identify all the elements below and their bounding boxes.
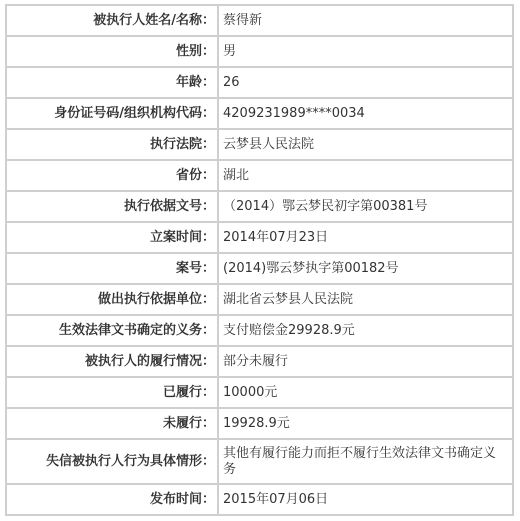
row-name: 被执行人姓名/名称： 蔡得新	[6, 5, 513, 36]
value-performed: 10000元	[218, 377, 513, 408]
row-performance-status: 被执行人的履行情况： 部分未履行	[6, 346, 513, 377]
value-basis-document-number: （2014）鄂云梦民初字第00381号	[218, 191, 513, 222]
value-age: 26	[218, 67, 513, 98]
label-age: 年龄：	[6, 67, 218, 98]
value-publish-date: 2015年07月06日	[218, 484, 513, 515]
row-executing-court: 执行法院： 云梦县人民法院	[6, 129, 513, 160]
value-obligation: 支付赔偿金29928.9元	[218, 315, 513, 346]
value-issuing-unit: 湖北省云梦县人民法院	[218, 284, 513, 315]
label-executing-court: 执行法院：	[6, 129, 218, 160]
dishonest-debtor-info-table: 被执行人姓名/名称： 蔡得新 性别： 男 年龄： 26 身份证号码/组织机构代码…	[5, 4, 514, 516]
label-basis-document-number: 执行依据文号：	[6, 191, 218, 222]
row-age: 年龄： 26	[6, 67, 513, 98]
value-gender: 男	[218, 36, 513, 67]
row-issuing-unit: 做出执行依据单位： 湖北省云梦县人民法院	[6, 284, 513, 315]
value-case-number: (2014)鄂云梦执字第00182号	[218, 253, 513, 284]
row-filing-date: 立案时间： 2014年07月23日	[6, 222, 513, 253]
label-performance-status: 被执行人的履行情况：	[6, 346, 218, 377]
value-dishonest-behavior: 其他有履行能力而拒不履行生效法律文书确定义务	[218, 439, 513, 484]
label-case-number: 案号：	[6, 253, 218, 284]
label-issuing-unit: 做出执行依据单位：	[6, 284, 218, 315]
row-basis-document-number: 执行依据文号： （2014）鄂云梦民初字第00381号	[6, 191, 513, 222]
label-unperformed: 未履行：	[6, 408, 218, 439]
label-id-number: 身份证号码/组织机构代码：	[6, 98, 218, 129]
row-gender: 性别： 男	[6, 36, 513, 67]
row-dishonest-behavior: 失信被执行人行为具体情形： 其他有履行能力而拒不履行生效法律文书确定义务	[6, 439, 513, 484]
row-id-number: 身份证号码/组织机构代码： 4209231989****0034	[6, 98, 513, 129]
row-case-number: 案号： (2014)鄂云梦执字第00182号	[6, 253, 513, 284]
row-performed: 已履行： 10000元	[6, 377, 513, 408]
row-province: 省份： 湖北	[6, 160, 513, 191]
value-performance-status: 部分未履行	[218, 346, 513, 377]
label-performed: 已履行：	[6, 377, 218, 408]
label-obligation: 生效法律文书确定的义务：	[6, 315, 218, 346]
label-dishonest-behavior: 失信被执行人行为具体情形：	[6, 439, 218, 484]
label-publish-date: 发布时间：	[6, 484, 218, 515]
value-name: 蔡得新	[218, 5, 513, 36]
label-province: 省份：	[6, 160, 218, 191]
value-unperformed: 19928.9元	[218, 408, 513, 439]
row-publish-date: 发布时间： 2015年07月06日	[6, 484, 513, 515]
value-province: 湖北	[218, 160, 513, 191]
row-unperformed: 未履行： 19928.9元	[6, 408, 513, 439]
row-obligation: 生效法律文书确定的义务： 支付赔偿金29928.9元	[6, 315, 513, 346]
value-executing-court: 云梦县人民法院	[218, 129, 513, 160]
value-id-number: 4209231989****0034	[218, 98, 513, 129]
label-gender: 性别：	[6, 36, 218, 67]
value-filing-date: 2014年07月23日	[218, 222, 513, 253]
label-filing-date: 立案时间：	[6, 222, 218, 253]
label-name: 被执行人姓名/名称：	[6, 5, 218, 36]
